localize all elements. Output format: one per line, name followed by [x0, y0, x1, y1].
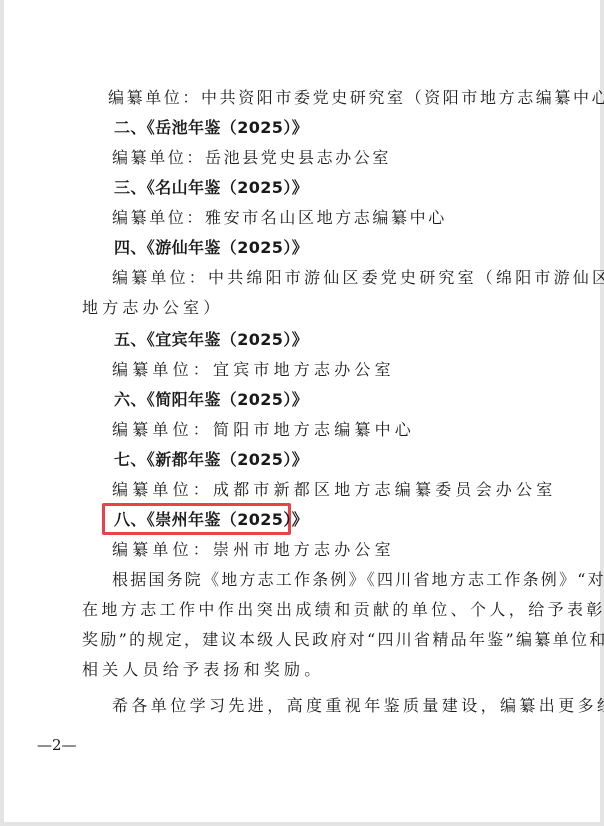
document-page: 编纂单位：中共资阳市委党史研究室（资阳市地方志编纂中心） 二、《岳池年鉴（202…	[4, 0, 600, 822]
unit-line-yuechi: 编纂单位：岳池县党史县志办公室	[112, 148, 391, 168]
heading-xindu: 七、《新都年鉴（2025）》	[114, 450, 308, 470]
heading-yibin: 五、《宜宾年鉴（2025）》	[114, 330, 308, 350]
body-paragraph-2-line-1: 希各单位学习先进，高度重视年鉴质量建设，编纂出更多经	[112, 696, 604, 716]
unit-line-jianyang: 编纂单位：简阳市地方志编纂中心	[112, 420, 415, 440]
body-paragraph-1-line-1: 根据国务院《地方志工作条例》《四川省地方志工作条例》“对	[112, 570, 604, 590]
unit-line-youxian-cont: 地方志办公室）	[82, 298, 223, 318]
unit-line-yibin: 编纂单位：宜宾市地方志办公室	[112, 360, 395, 380]
unit-line-1: 编纂单位：中共资阳市委党史研究室（资阳市地方志编纂中心）	[108, 88, 604, 108]
heading-youxian: 四、《游仙年鉴（2025）》	[114, 238, 308, 258]
body-paragraph-1-line-3: 奖励”的规定，建议本级人民政府对“四川省精品年鉴”编纂单位和	[82, 630, 604, 650]
heading-jianyang: 六、《简阳年鉴（2025）》	[114, 390, 308, 410]
body-paragraph-1-line-2: 在地方志工作中作出突出成绩和贡献的单位、个人，给予表彰和	[82, 600, 604, 620]
heading-mingshan: 三、《名山年鉴（2025）》	[114, 178, 308, 198]
body-paragraph-1-line-4: 相关人员给予表扬和奖励。	[82, 660, 324, 680]
unit-line-chongzhou: 编纂单位：崇州市地方志办公室	[112, 540, 395, 560]
heading-chongzhou: 八、《崇州年鉴（2025）》	[114, 510, 308, 530]
heading-yuechi: 二、《岳池年鉴（2025）》	[114, 118, 308, 138]
unit-line-mingshan: 编纂单位：雅安市名山区地方志编纂中心	[112, 208, 447, 228]
page-number: —2—	[37, 736, 77, 754]
unit-line-youxian: 编纂单位：中共绵阳市游仙区委党史研究室（绵阳市游仙区	[112, 268, 604, 288]
unit-line-xindu: 编纂单位：成都市新都区地方志编纂委员会办公室	[112, 480, 556, 500]
